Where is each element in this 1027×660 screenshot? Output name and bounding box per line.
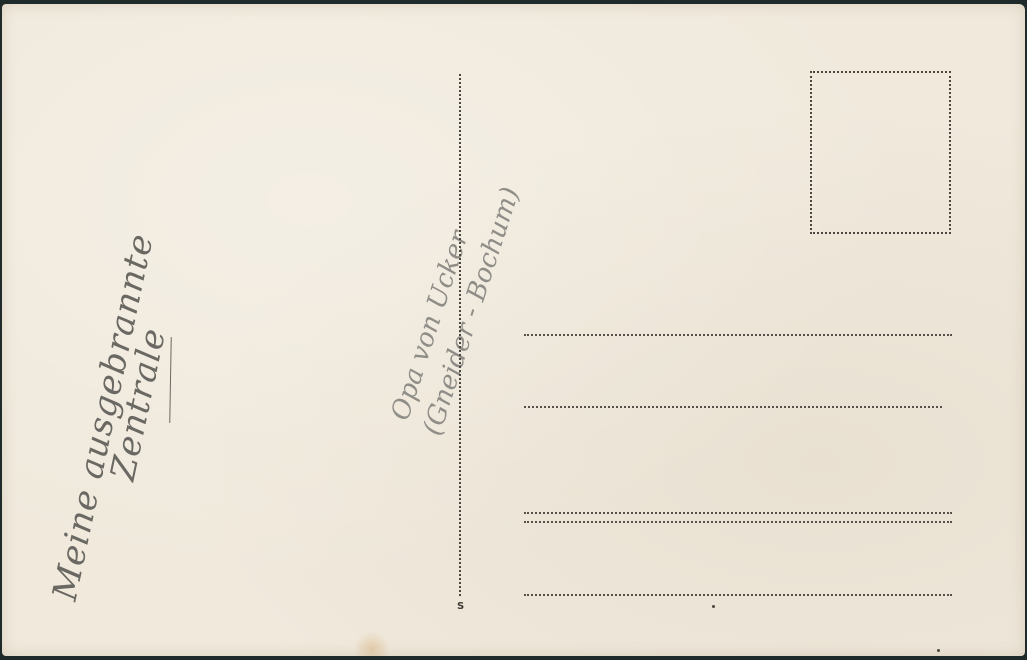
stamp-placement-box xyxy=(810,71,951,234)
address-line-2 xyxy=(524,406,942,408)
postcard-back: Meine ausgebrannte Zentrale Opa von Ucke… xyxy=(2,4,1025,656)
address-line-5 xyxy=(524,594,952,596)
address-line-4 xyxy=(524,521,952,523)
ink-speck xyxy=(712,605,715,608)
ink-speck xyxy=(937,649,940,652)
handwritten-stroke xyxy=(169,337,172,423)
address-line-3 xyxy=(524,512,952,514)
center-divider-line xyxy=(459,74,461,596)
address-line-1 xyxy=(524,334,952,336)
printer-mark: S xyxy=(457,601,464,612)
